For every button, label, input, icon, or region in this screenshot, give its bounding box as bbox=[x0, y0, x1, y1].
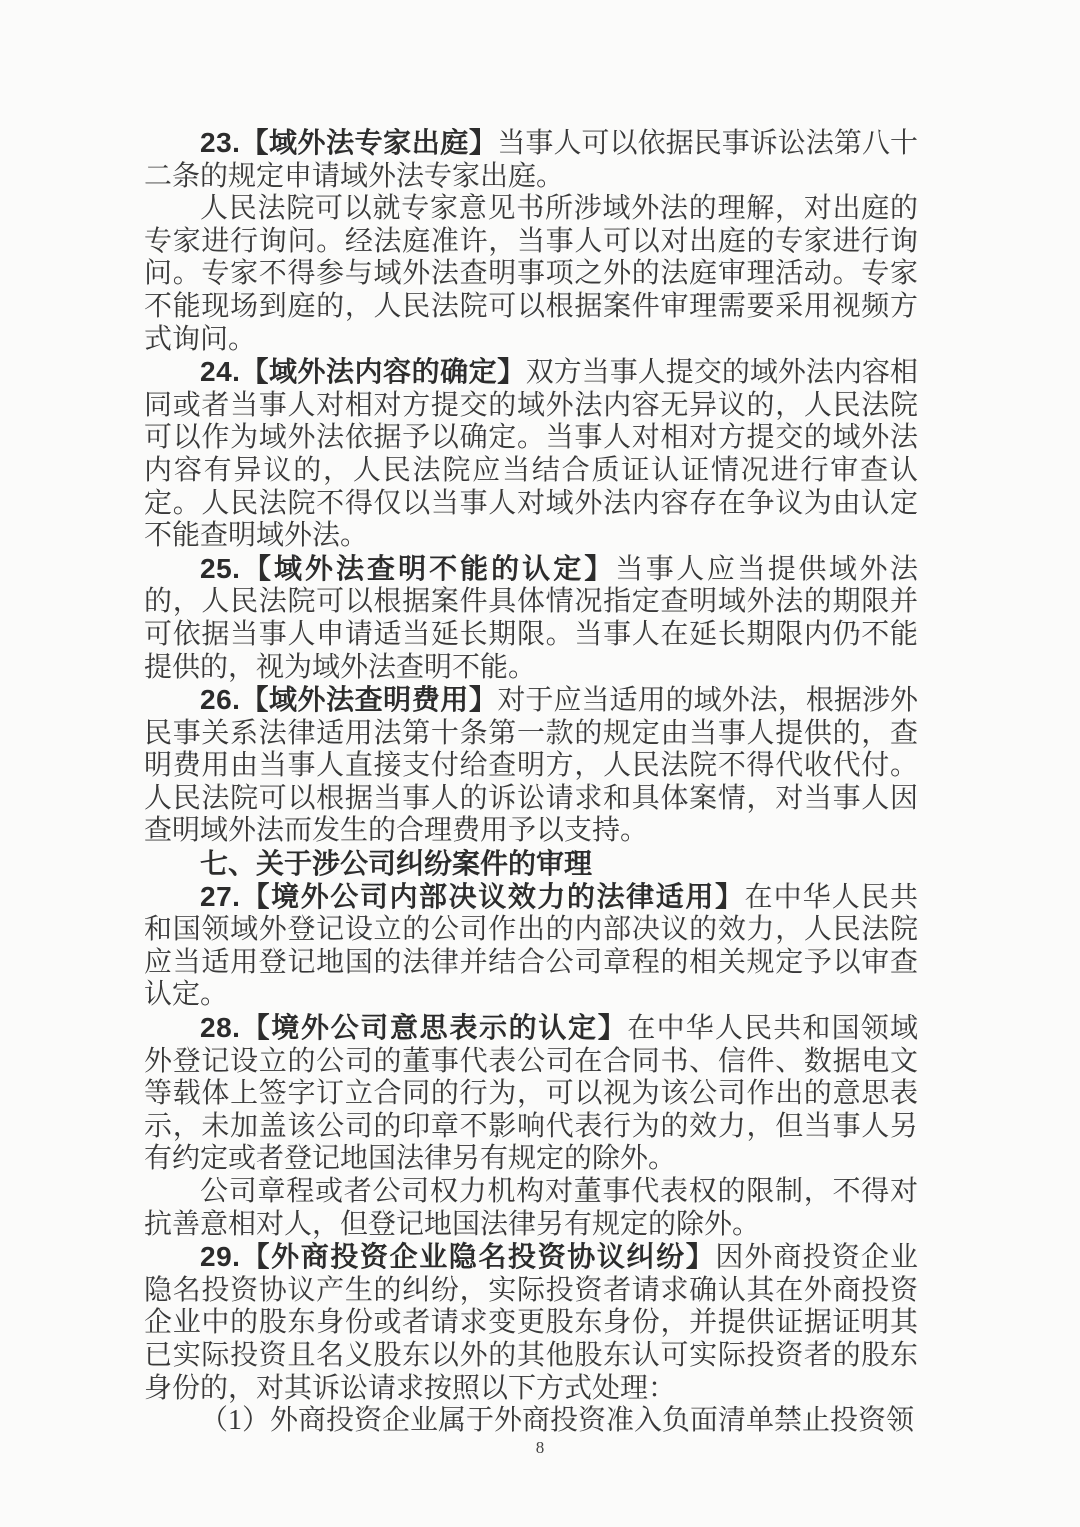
item-number-title: 28.【境外公司意思表示的认定】 bbox=[200, 1012, 627, 1043]
paragraph: 24.【域外法内容的确定】双方当事人提交的域外法内容相同或者当事人对相对方提交的… bbox=[144, 356, 918, 553]
item-number-title: 23.【域外法专家出庭】 bbox=[200, 127, 497, 158]
paragraph: 27.【境外公司内部决议效力的法律适用】在中华人民共和国领域外登记设立的公司作出… bbox=[144, 881, 918, 1012]
paragraph: （1）外商投资企业属于外商投资准入负面清单禁止投资领 bbox=[144, 1405, 918, 1438]
item-number-title: 24.【域外法内容的确定】 bbox=[200, 356, 526, 387]
page-number: 8 bbox=[536, 1438, 545, 1457]
paragraph: 公司章程或者公司权力机构对董事代表权的限制，不得对抗善意相对人，但登记地国法律另… bbox=[144, 1176, 918, 1241]
page-footer: 8 bbox=[0, 1438, 1080, 1458]
paragraph: 28.【境外公司意思表示的认定】在中华人民共和国领域外登记设立的公司的董事代表公… bbox=[144, 1012, 918, 1176]
item-number-title: 26.【域外法查明费用】 bbox=[200, 684, 497, 715]
section-heading: 七、关于涉公司纠纷案件的审理 bbox=[144, 848, 918, 881]
paragraph: 26.【域外法查明费用】对于应当适用的域外法，根据涉外民事关系法律适用法第十条第… bbox=[144, 684, 918, 848]
paragraph: 23.【域外法专家出庭】当事人可以依据民事诉讼法第八十二条的规定申请域外法专家出… bbox=[144, 127, 918, 193]
paragraph: 人民法院可以就专家意见书所涉域外法的理解，对出庭的专家进行询问。经法庭准许，当事… bbox=[144, 193, 918, 356]
paragraph: 29.【外商投资企业隐名投资协议纠纷】因外商投资企业隐名投资协议产生的纠纷，实际… bbox=[144, 1241, 918, 1405]
item-number-title: 25.【域外法查明不能的认定】 bbox=[200, 553, 615, 584]
document-body: 23.【域外法专家出庭】当事人可以依据民事诉讼法第八十二条的规定申请域外法专家出… bbox=[144, 127, 918, 1438]
item-number-title: 29.【外商投资企业隐名投资协议纠纷】 bbox=[200, 1241, 715, 1272]
item-number-title: 27.【境外公司内部决议效力的法律适用】 bbox=[200, 881, 745, 912]
paragraph: 25.【域外法查明不能的认定】当事人应当提供域外法的，人民法院可以根据案件具体情… bbox=[144, 553, 918, 684]
document-page: 23.【域外法专家出庭】当事人可以依据民事诉讼法第八十二条的规定申请域外法专家出… bbox=[0, 0, 1080, 1527]
